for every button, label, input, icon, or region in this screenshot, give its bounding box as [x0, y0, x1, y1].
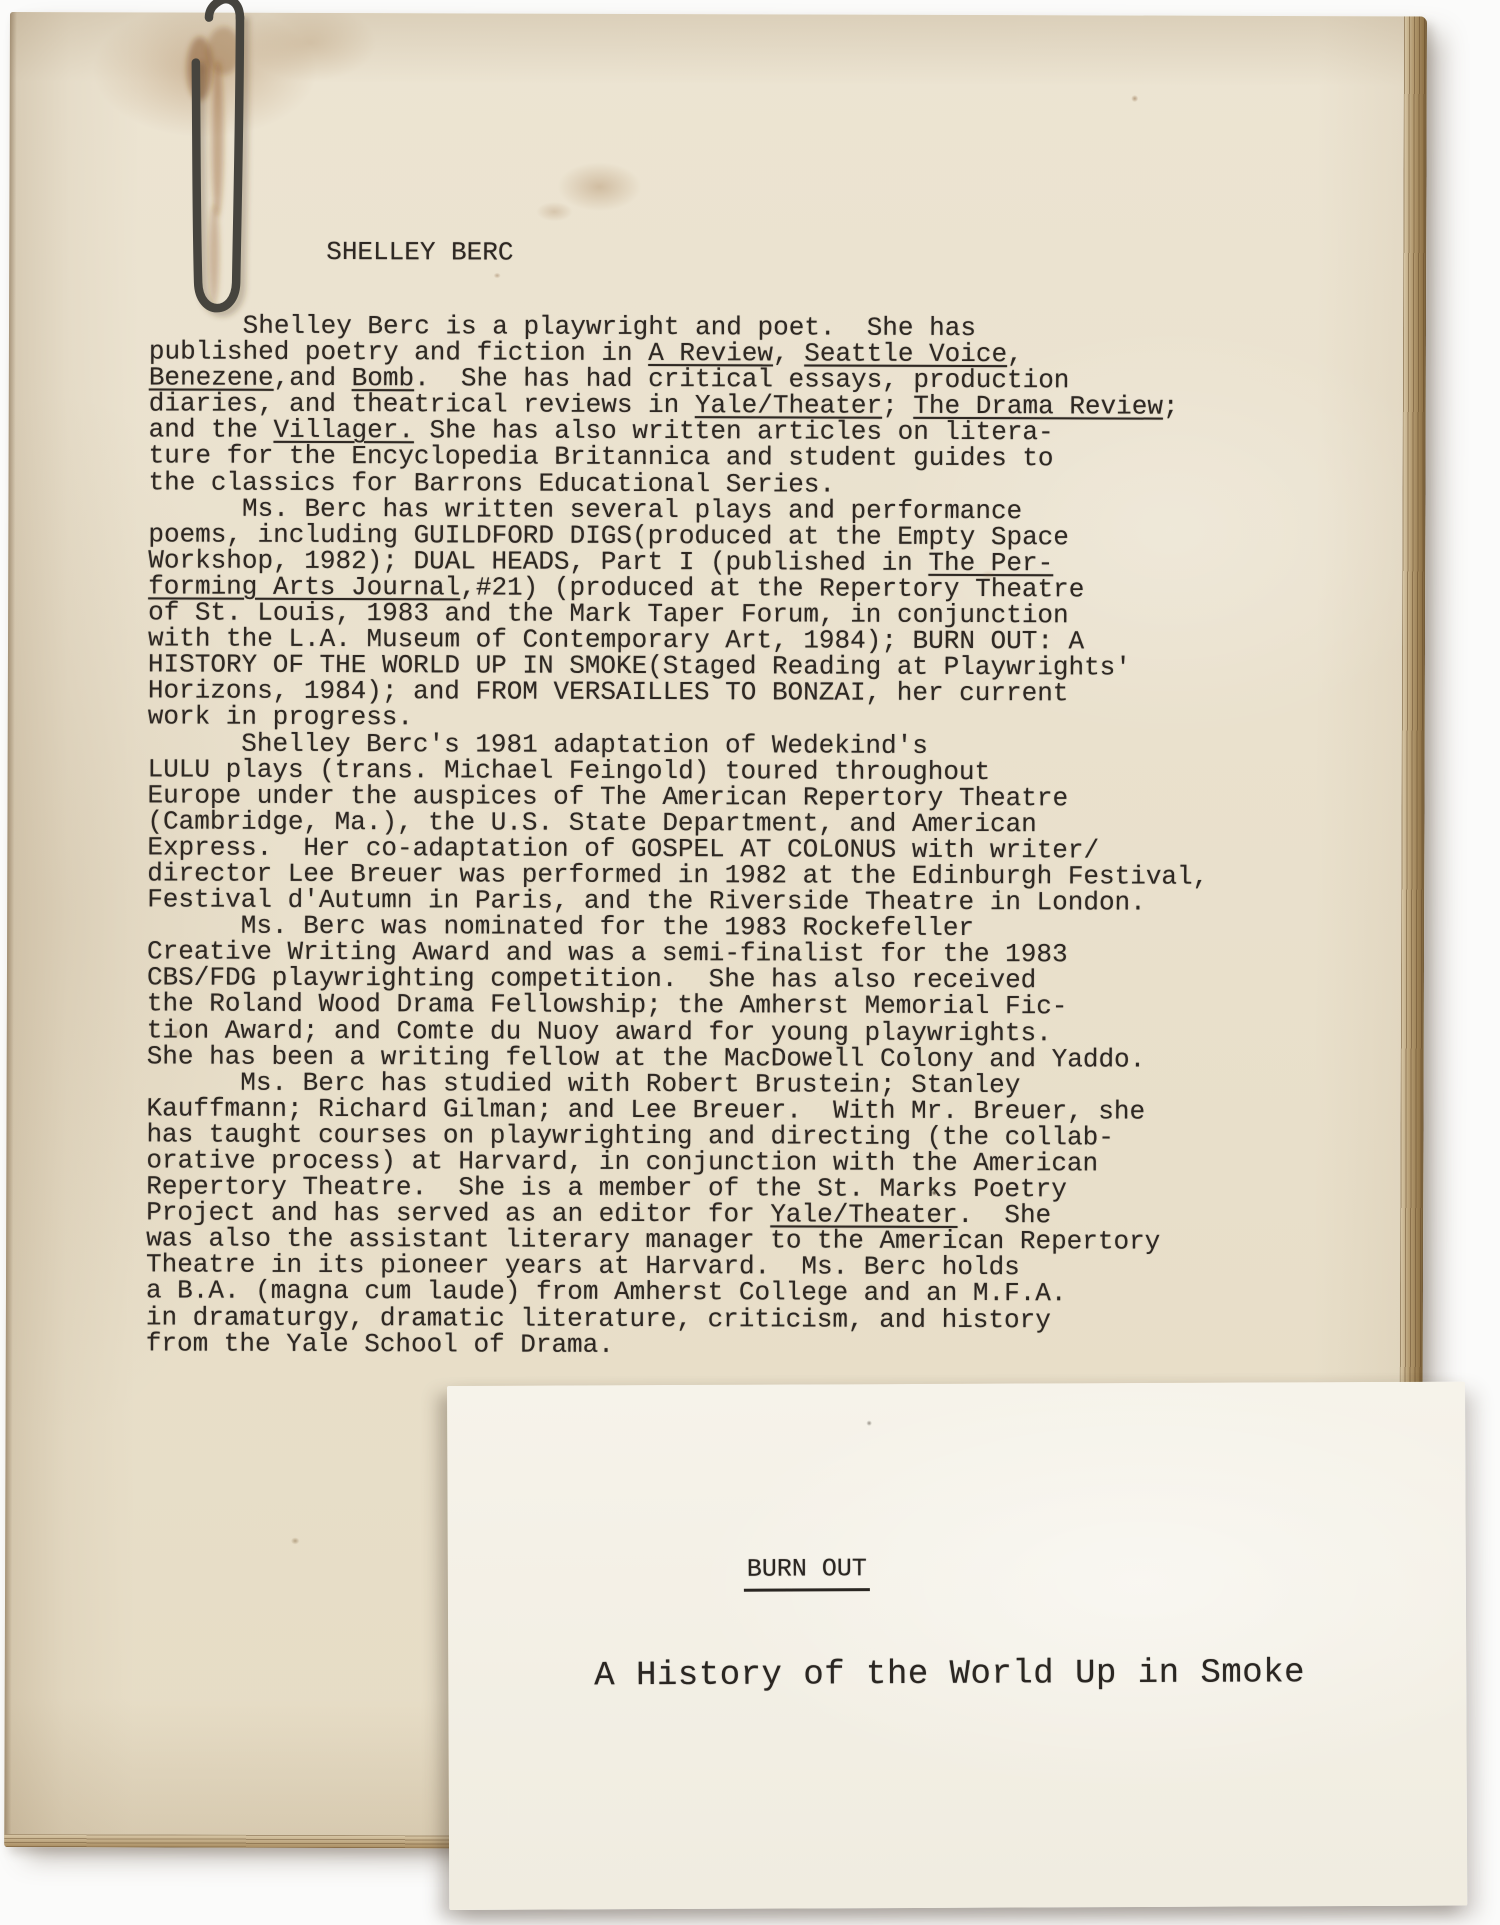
card-title: BURN OUT [744, 1554, 870, 1592]
photo-of-script: SHELLEY BERC Shelley Berc is a playwrigh… [0, 0, 1500, 1925]
document-title: SHELLEY BERC [326, 237, 513, 268]
title-card: BURN OUT A History of the World Up in Sm… [447, 1382, 1467, 1910]
page-stack-edge-left [4, 12, 17, 1847]
document-body: Shelley Berc is a playwright and poet. S… [146, 312, 1210, 1359]
card-subtitle: A History of the World Up in Smoke [594, 1654, 1305, 1695]
